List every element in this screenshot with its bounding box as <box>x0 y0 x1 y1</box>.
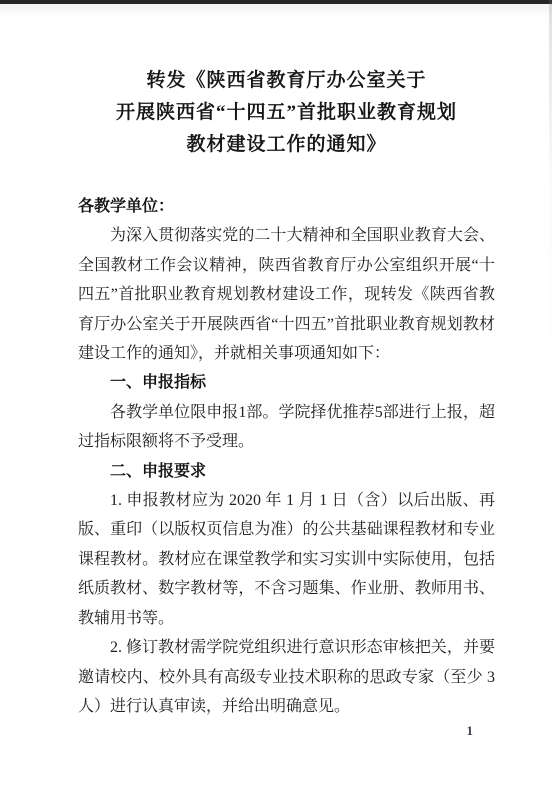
document-content: 转发《陕西省教育厅办公室关于 开展陕西省“十四五”首批职业教育规划 教材建设工作… <box>78 4 495 721</box>
intro-paragraph: 为深入贯彻落实党的二十大精神和全国职业教育大会、全国教材工作会议精神，陕西省教育… <box>78 221 495 368</box>
requirement-item-1: 1. 申报教材应为 2020 年 1 月 1 日（含）以后出版、再版、重印（以版… <box>78 486 495 633</box>
title-line-2: 开展陕西省“十四五”首批职业教育规划 <box>78 97 495 129</box>
section-heading-1: 一、申报指标 <box>78 368 495 397</box>
section-1-paragraph: 各教学单位限申报1部。学院择优推荐5部进行上报，超过指标限额将不予受理。 <box>78 398 495 457</box>
document-title: 转发《陕西省教育厅办公室关于 开展陕西省“十四五”首批职业教育规划 教材建设工作… <box>78 65 495 161</box>
document-body: 各教学单位： 为深入贯彻落实党的二十大精神和全国职业教育大会、全国教材工作会议精… <box>78 192 495 721</box>
title-line-1: 转发《陕西省教育厅办公室关于 <box>78 65 495 97</box>
section-heading-2: 二、申报要求 <box>78 457 495 486</box>
salutation: 各教学单位： <box>78 192 495 221</box>
requirement-item-2: 2. 修订教材需学院党组织进行意识形态审核把关，并要邀请校内、校外具有高级专业技… <box>78 633 495 721</box>
page-number: 1 <box>467 724 474 737</box>
title-line-3: 教材建设工作的通知》 <box>78 129 495 161</box>
document-page: 转发《陕西省教育厅办公室关于 开展陕西省“十四五”首批职业教育规划 教材建设工作… <box>0 0 552 788</box>
